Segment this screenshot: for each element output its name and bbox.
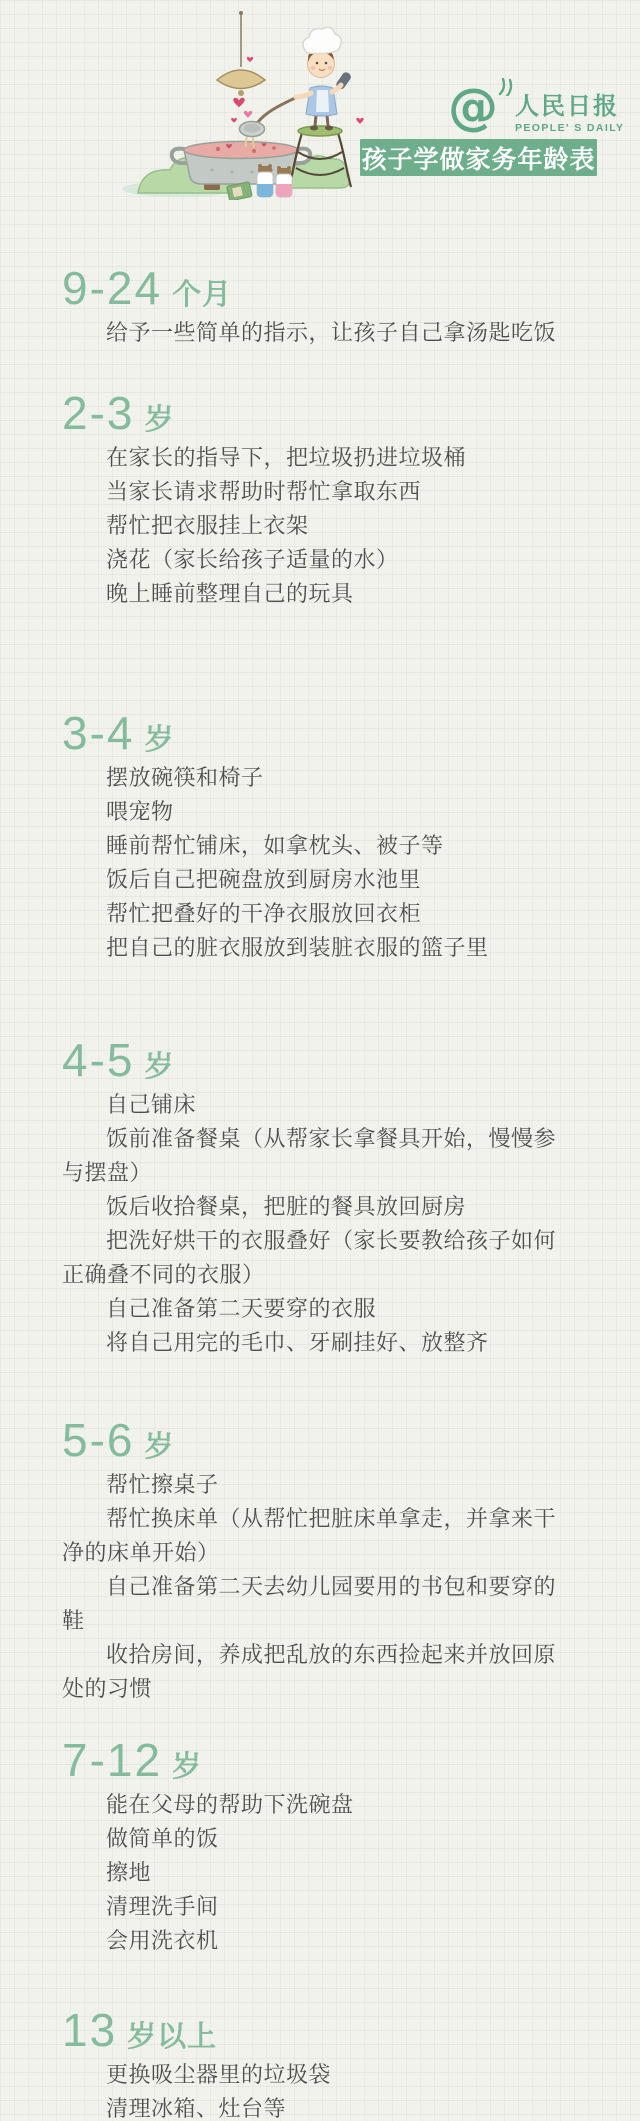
chore-item: 帮忙把衣服挂上衣架: [62, 509, 565, 543]
chore-item: 浇花（家长给孩子适量的水）: [62, 543, 565, 577]
chore-item: 喂宠物: [62, 795, 565, 829]
hanging-lamp-icon: [217, 11, 265, 96]
infographic-page: @ 人民日报 PEOPLE' S DAILY 孩子学做家务年龄表 9-24 个月…: [0, 0, 640, 2121]
chore-item: 将自己用完的毛巾、牙刷挂好、放整齐: [62, 1326, 565, 1360]
age-section: 5-6 岁 帮忙擦桌子帮忙换床单（从帮忙把脏床单拿走，并拿来干净的床单开始）自己…: [0, 1412, 640, 1706]
chore-item: 当家长请求帮助时帮忙拿取东西: [62, 475, 565, 509]
chore-list: 在家长的指导下，把垃圾扔进垃圾桶当家长请求帮助时帮忙拿取东西帮忙把衣服挂上衣架浇…: [62, 441, 565, 611]
quote-marks-icon: [497, 78, 513, 96]
header: @ 人民日报 PEOPLE' S DAILY 孩子学做家务年龄表: [0, 0, 640, 260]
child-cooking-illustration: [108, 0, 388, 200]
chore-list: 能在父母的帮助下洗碗盘做简单的饭擦地清理洗手间会用洗衣机: [62, 1788, 565, 1958]
chore-item: 饭前准备餐桌（从帮家长拿餐具开始，慢慢参与摆盘）: [62, 1122, 565, 1190]
chore-list: 帮忙擦桌子帮忙换床单（从帮忙把脏床单拿走，并拿来干净的床单开始）自己准备第二天去…: [62, 1468, 565, 1706]
title-banner: 孩子学做家务年龄表: [360, 139, 597, 176]
chore-list: 摆放碗筷和椅子喂宠物睡前帮忙铺床，如拿枕头、被子等饭后自己把碗盘放到厨房水池里帮…: [62, 761, 565, 965]
age-heading: 2-3 岁: [62, 385, 640, 441]
age-unit: 岁: [144, 1039, 174, 1095]
age-heading: 5-6 岁: [62, 1412, 640, 1468]
age-number: 2-3: [62, 385, 134, 441]
logo-text: 人民日报 PEOPLE' S DAILY: [515, 94, 624, 134]
chef-child: [296, 27, 352, 130]
age-number: 7-12: [62, 1732, 162, 1788]
age-section: 13 岁以上 更换吸尘器里的垃圾袋清理冰箱、灶台等: [0, 2002, 640, 2121]
age-heading: 4-5 岁: [62, 1032, 640, 1088]
chore-list: 给予一些简单的指示，让孩子自己拿汤匙吃饭: [62, 316, 565, 350]
age-section: 9-24 个月 给予一些简单的指示，让孩子自己拿汤匙吃饭: [0, 260, 640, 350]
age-number: 3-4: [62, 705, 134, 761]
chore-item: 饭后自己把碗盘放到厨房水池里: [62, 863, 565, 897]
chore-item: 自己铺床: [62, 1088, 565, 1122]
age-section: 3-4 岁 摆放碗筷和椅子喂宠物睡前帮忙铺床，如拿枕头、被子等饭后自己把碗盘放到…: [0, 705, 640, 965]
chore-item: 帮忙把叠好的干净衣服放回衣柜: [62, 897, 565, 931]
ladle-icon: [240, 96, 300, 147]
age-heading: 13 岁以上: [62, 2002, 640, 2058]
chore-item: 会用洗衣机: [62, 1924, 565, 1958]
chore-item: 自己准备第二天要穿的衣服: [62, 1292, 565, 1326]
chore-item: 能在父母的帮助下洗碗盘: [62, 1788, 565, 1822]
chore-item: 做简单的饭: [62, 1822, 565, 1856]
age-number: 4-5: [62, 1032, 134, 1088]
chore-item: 更换吸尘器里的垃圾袋: [62, 2058, 565, 2092]
age-unit: 个月: [172, 267, 232, 323]
chore-item: 晚上睡前整理自己的玩具: [62, 577, 565, 611]
age-unit: 岁: [144, 712, 174, 768]
chore-item: 清理冰箱、灶台等: [62, 2092, 565, 2121]
logo-brand-en: PEOPLE' S DAILY: [515, 122, 624, 134]
logo-brand-cn: 人民日报: [515, 94, 624, 120]
age-section: 2-3 岁 在家长的指导下，把垃圾扔进垃圾桶当家长请求帮助时帮忙拿取东西帮忙把衣…: [0, 385, 640, 611]
at-symbol-icon: @: [448, 82, 496, 132]
chore-list: 自己铺床饭前准备餐桌（从帮家长拿餐具开始，慢慢参与摆盘）饭后收拾餐桌，把脏的餐具…: [62, 1088, 565, 1360]
age-heading: 9-24 个月: [62, 260, 640, 316]
chore-item: 摆放碗筷和椅子: [62, 761, 565, 795]
age-number: 9-24: [62, 260, 162, 316]
chore-item: 帮忙擦桌子: [62, 1468, 565, 1502]
chore-list: 更换吸尘器里的垃圾袋清理冰箱、灶台等: [62, 2058, 565, 2121]
chore-item: 饭后收拾餐桌，把脏的餐具放回厨房: [62, 1190, 565, 1224]
age-number: 13: [62, 2002, 117, 2058]
age-heading: 3-4 岁: [62, 705, 640, 761]
age-unit: 岁以上: [127, 2009, 217, 2065]
hearts-icon: [231, 57, 364, 124]
age-section: 7-12 岁 能在父母的帮助下洗碗盘做简单的饭擦地清理洗手间会用洗衣机: [0, 1732, 640, 1958]
chore-item: 擦地: [62, 1856, 565, 1890]
chore-item: 把洗好烘干的衣服叠好（家长要教给孩子如何正确叠不同的衣服）: [62, 1224, 565, 1292]
age-unit: 岁: [144, 392, 174, 448]
age-section: 4-5 岁 自己铺床饭前准备餐桌（从帮家长拿餐具开始，慢慢参与摆盘）饭后收拾餐桌…: [0, 1032, 640, 1360]
age-number: 5-6: [62, 1412, 134, 1468]
age-unit: 岁: [172, 1739, 202, 1795]
age-sections: 9-24 个月 给予一些简单的指示，让孩子自己拿汤匙吃饭 2-3 岁 在家长的指…: [0, 260, 640, 2121]
chore-item: 清理洗手间: [62, 1890, 565, 1924]
chore-item: 收拾房间，养成把乱放的东西捡起来并放回原处的习惯: [62, 1638, 565, 1706]
chore-item: 睡前帮忙铺床，如拿枕头、被子等: [62, 829, 565, 863]
chore-item: 自己准备第二天去幼儿园要用的书包和要穿的鞋: [62, 1570, 565, 1638]
chore-item: 在家长的指导下，把垃圾扔进垃圾桶: [62, 441, 565, 475]
age-heading: 7-12 岁: [62, 1732, 640, 1788]
peoples-daily-logo: @ 人民日报 PEOPLE' S DAILY: [448, 82, 624, 134]
chore-item: 帮忙换床单（从帮忙把脏床单拿走，并拿来干净的床单开始）: [62, 1502, 565, 1570]
chore-item: 给予一些简单的指示，让孩子自己拿汤匙吃饭: [62, 316, 565, 350]
chore-item: 把自己的脏衣服放到装脏衣服的篮子里: [62, 931, 565, 965]
age-unit: 岁: [144, 1419, 174, 1475]
